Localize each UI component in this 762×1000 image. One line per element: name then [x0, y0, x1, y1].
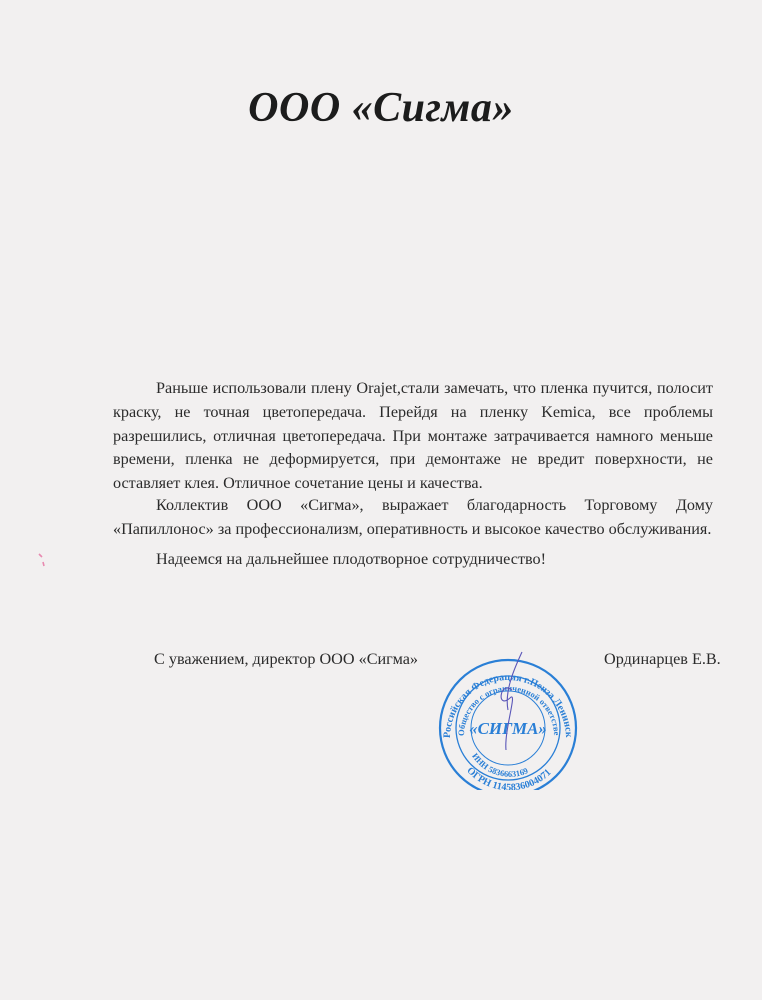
pink-ink-mark: [38, 553, 48, 569]
closing-line: С уважением, директор ООО «Сигма»: [154, 650, 418, 669]
paragraph-wishes: Надеемся на дальнейшее плодотворное сотр…: [113, 548, 713, 572]
paragraph-gratitude: Коллектив ООО «Сигма», выражает благодар…: [113, 494, 713, 542]
company-seal-stamp: Российская Федерация г.Пенза Ленинский р…: [420, 650, 590, 790]
signer-name: Ординарцев Е.В.: [604, 650, 721, 669]
letter-title: ООО «Сигма»: [0, 84, 762, 132]
letter-page: ООО «Сигма» Раньше использовали плену Or…: [0, 0, 762, 1000]
paragraph-feedback: Раньше использовали плену Orajet,стали з…: [113, 377, 713, 496]
